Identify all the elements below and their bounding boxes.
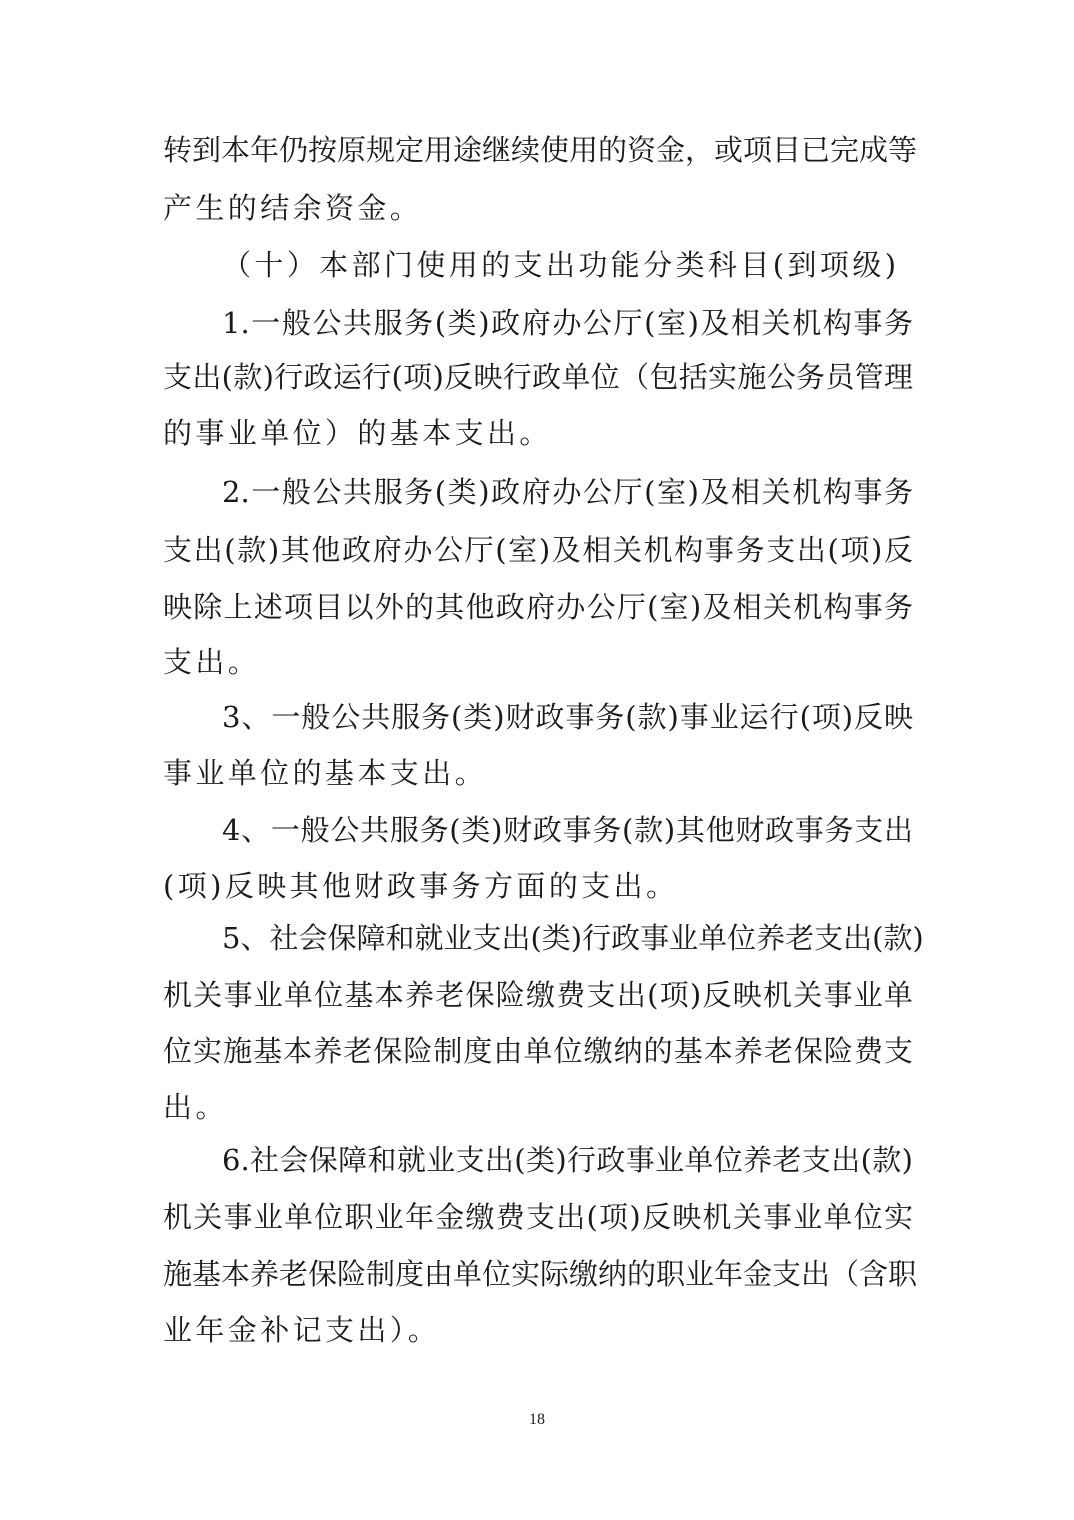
page-number: 18 <box>0 1411 1074 1429</box>
text-line: 机关事业单位职业年金缴费支出(项)反映机关事业单位实 <box>163 1197 913 1237</box>
text-line: 1.一般公共服务(类)政府办公厅(室)及相关机构事务 <box>222 303 913 343</box>
text-line: 位实施基本养老保险制度由单位缴纳的基本养老保险费支 <box>163 1031 913 1071</box>
text-line: 映除上述项目以外的其他政府办公厅(室)及相关机构事务 <box>163 587 913 627</box>
text-line: 产生的结余资金。 <box>163 188 913 228</box>
text-line: 支出。 <box>163 642 913 682</box>
text-line: (项)反映其他财政事务方面的支出。 <box>163 866 913 906</box>
text-line: 施基本养老保险制度由单位实际缴纳的职业年金支出（含职 <box>163 1254 913 1294</box>
document-page: 转到本年仍按原规定用途继续使用的资金，或项目已完成等产生的结余资金。（十）本部门… <box>0 0 1074 1520</box>
text-line: 4、一般公共服务(类)财政事务(款)其他财政事务支出 <box>222 810 913 850</box>
text-line: 3、一般公共服务(类)财政事务(款)事业运行(项)反映 <box>222 697 913 737</box>
text-line: 转到本年仍按原规定用途继续使用的资金，或项目已完成等 <box>163 130 913 170</box>
text-line: 5、社会保障和就业支出(类)行政事业单位养老支出(款) <box>222 918 913 958</box>
text-line: 事业单位的基本支出。 <box>163 753 913 793</box>
text-line: 支出(款)其他政府办公厅(室)及相关机构事务支出(项)反 <box>163 530 913 570</box>
text-line: 2.一般公共服务(类)政府办公厅(室)及相关机构事务 <box>222 472 913 512</box>
text-line: 机关事业单位基本养老保险缴费支出(项)反映机关事业单 <box>163 975 913 1015</box>
text-line: （十）本部门使用的支出功能分类科目(到项级) <box>222 245 913 285</box>
text-line: 的事业单位）的基本支出。 <box>163 413 913 453</box>
text-line: 业年金补记支出）。 <box>163 1310 913 1350</box>
text-line: 支出(款)行政运行(项)反映行政单位（包括实施公务员管理 <box>163 357 913 397</box>
text-line: 出。 <box>163 1087 913 1127</box>
text-line: 6.社会保障和就业支出(类)行政事业单位养老支出(款) <box>222 1140 913 1180</box>
